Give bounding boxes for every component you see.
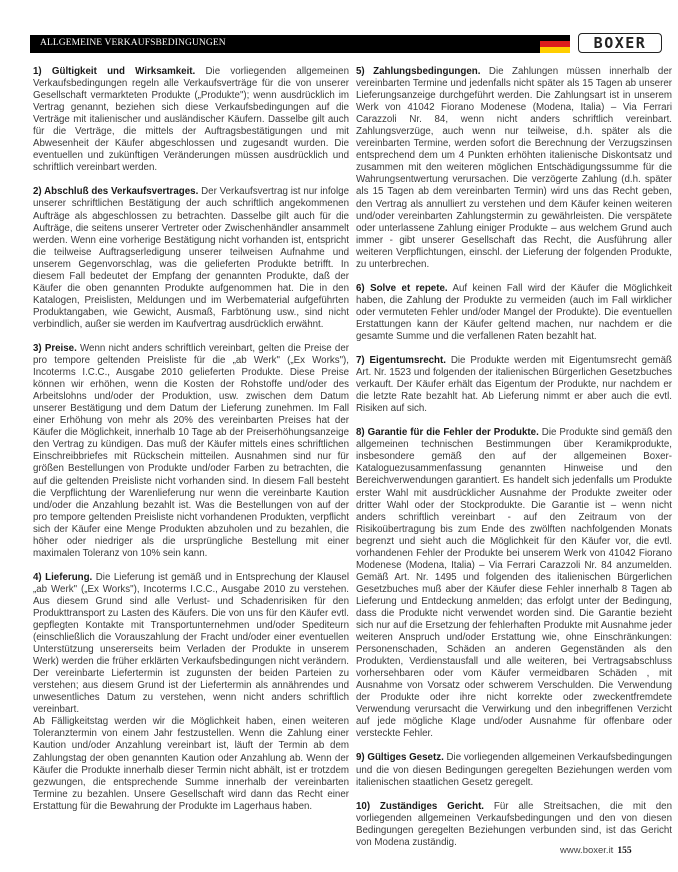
section-heading: 6) Solve et repete. (356, 283, 448, 294)
section-heading: 4) Lieferung. (33, 572, 92, 583)
section-jurisdiction: 10) Zuständiges Gericht. Für alle Streit… (356, 801, 672, 849)
section-heading: 7) Eigentumsrecht. (356, 355, 446, 366)
section-body: Die Produkte sind gemäß den allgemeinen … (356, 427, 672, 739)
section-heading: 10) Zuständiges Gericht. (356, 801, 484, 812)
page-footer: www.boxer.it155 (560, 845, 632, 856)
section-heading: 1) Gültigkeit und Wirksamkeit. (33, 66, 195, 77)
section-body: Die vorliegenden allgemeinen Verkaufsbed… (33, 66, 349, 173)
section-heading: 9) Gültiges Gesetz. (356, 752, 444, 763)
section-applicable-law: 9) Gültiges Gesetz. Die vorliegenden all… (356, 752, 672, 788)
section-body: Die Zahlungen müssen innerhalb der verei… (356, 66, 672, 270)
germany-flag-icon (540, 35, 570, 53)
section-heading: 2) Abschluß des Verkaufsvertrages. (33, 186, 198, 197)
right-column: 5) Zahlungsbedingungen. Die Zahlungen mü… (356, 66, 672, 861)
section-heading: 5) Zahlungsbedingungen. (356, 66, 480, 77)
section-body: Der Verkaufsvertrag ist nur infolge unse… (33, 186, 349, 330)
page-header: ALLGEMEINE VERKAUFSBEDINGUNGEN (30, 35, 570, 53)
section-warranty: 8) Garantie für die Fehler der Produkte.… (356, 427, 672, 740)
section-delivery: 4) Lieferung. Die Lieferung ist gemäß un… (33, 572, 349, 813)
section-contract-conclusion: 2) Abschluß des Verkaufsvertrages. Der V… (33, 186, 349, 331)
boxer-logo: BOXER (578, 33, 662, 53)
page-title: ALLGEMEINE VERKAUFSBEDINGUNGEN (40, 38, 226, 48)
header-bar: ALLGEMEINE VERKAUFSBEDINGUNGEN (30, 35, 540, 53)
section-prices: 3) Preise. Wenn nicht anders schriftlich… (33, 343, 349, 560)
section-validity: 1) Gültigkeit und Wirksamkeit. Die vorli… (33, 66, 349, 174)
left-column: 1) Gültigkeit und Wirksamkeit. Die vorli… (33, 66, 349, 825)
section-payment-terms: 5) Zahlungsbedingungen. Die Zahlungen mü… (356, 66, 672, 271)
section-body: Wenn nicht anders schriftlich vereinbart… (33, 343, 349, 559)
section-body: Die Lieferung ist gemäß und in Entsprech… (33, 572, 349, 716)
section-body-continued: Ab Fälligkeitstag werden wir die Möglich… (33, 716, 349, 812)
website-link[interactable]: www.boxer.it (560, 845, 613, 856)
section-ownership: 7) Eigentumsrecht. Die Produkte werden m… (356, 355, 672, 415)
page-number: 155 (617, 846, 631, 856)
section-heading: 3) Preise. (33, 343, 77, 354)
section-heading: 8) Garantie für die Fehler der Produkte. (356, 427, 539, 438)
section-solve-et-repete: 6) Solve et repete. Auf keinen Fall wird… (356, 283, 672, 343)
